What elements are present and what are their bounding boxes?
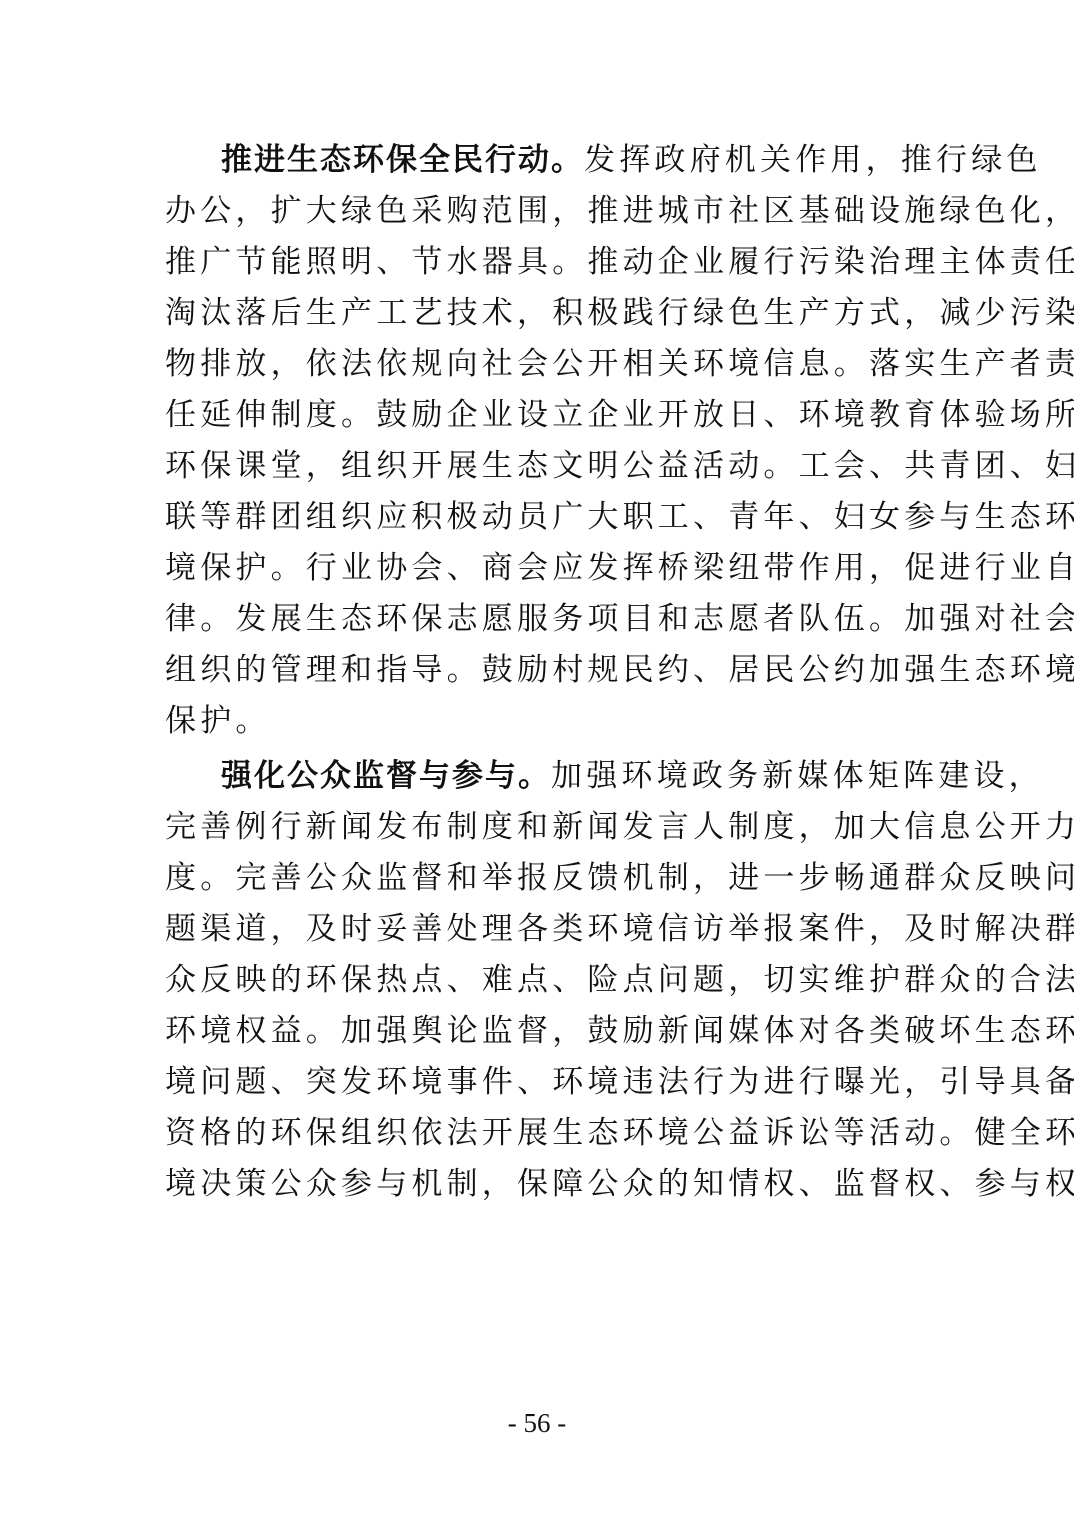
- paragraph-text: 发挥政府机关作用，推行绿色: [584, 142, 1042, 178]
- paragraph-heading: 推进生态环保全民行动。: [221, 142, 584, 178]
- paragraph-line: 组织的管理和指导。鼓励村规民约、居民公约加强生态环境: [165, 648, 911, 692]
- paragraph-line: 境决策公众参与机制，保障公众的知情权、监督权、参与权。: [165, 1162, 911, 1206]
- paragraph-text: 加强环境政务新媒体矩阵建设，: [551, 758, 1044, 794]
- paragraph-line: 任延伸制度。鼓励企业设立企业开放日、环境教育体验场所、: [165, 393, 911, 437]
- paragraph-line: 完善例行新闻发布制度和新闻发言人制度，加大信息公开力: [165, 805, 911, 849]
- paragraph-line: 办公，扩大绿色采购范围，推进城市社区基础设施绿色化，: [165, 189, 911, 233]
- paragraph-line: 推进生态环保全民行动。发挥政府机关作用，推行绿色: [221, 138, 911, 182]
- paragraph-line: 题渠道，及时妥善处理各类环境信访举报案件，及时解决群: [165, 907, 911, 951]
- paragraph-line: 环境权益。加强舆论监督，鼓励新闻媒体对各类破坏生态环: [165, 1009, 911, 1053]
- paragraph-line: 境问题、突发环境事件、环境违法行为进行曝光，引导具备: [165, 1060, 911, 1104]
- paragraph-line: 联等群团组织应积极动员广大职工、青年、妇女参与生态环: [165, 495, 911, 539]
- paragraph-line: 保护。: [165, 699, 911, 743]
- paragraph-line: 律。发展生态环保志愿服务项目和志愿者队伍。加强对社会: [165, 597, 911, 641]
- paragraph-heading: 强化公众监督与参与。: [221, 758, 551, 794]
- paragraph-line: 淘汰落后生产工艺技术，积极践行绿色生产方式，减少污染: [165, 291, 911, 335]
- document-page: 推进生态环保全民行动。发挥政府机关作用，推行绿色 办公，扩大绿色采购范围，推进城…: [0, 0, 1074, 1520]
- paragraph-line: 推广节能照明、节水器具。推动企业履行污染治理主体责任，: [165, 240, 911, 284]
- paragraph-line: 度。完善公众监督和举报反馈机制，进一步畅通群众反映问: [165, 856, 911, 900]
- paragraph-line: 境保护。行业协会、商会应发挥桥梁纽带作用，促进行业自: [165, 546, 911, 590]
- paragraph-line: 环保课堂，组织开展生态文明公益活动。工会、共青团、妇: [165, 444, 911, 488]
- paragraph-line: 众反映的环保热点、难点、险点问题，切实维护群众的合法: [165, 958, 911, 1002]
- paragraph-line: 资格的环保组织依法开展生态环境公益诉讼等活动。健全环: [165, 1111, 911, 1155]
- paragraph-line: 物排放，依法依规向社会公开相关环境信息。落实生产者责: [165, 342, 911, 386]
- paragraph-line: 强化公众监督与参与。加强环境政务新媒体矩阵建设，: [221, 754, 911, 798]
- page-number: - 56 -: [0, 1408, 1074, 1438]
